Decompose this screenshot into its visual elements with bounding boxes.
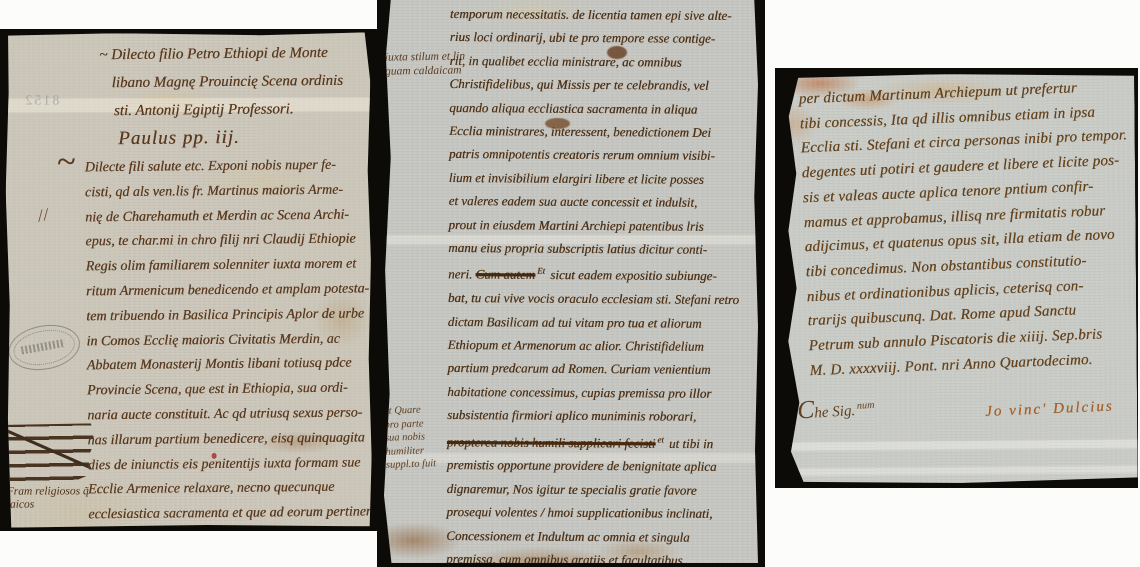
margin-note-line: suppl.to fuit <box>386 457 437 472</box>
left-margin-note: Fram religiosos q̃laicos <box>7 485 89 511</box>
manuscript-line: nię de Charehamuth et Merdin ac Scena Ar… <box>85 203 372 231</box>
manuscript-line: naria aucte constituit. Ac qd utriusq se… <box>87 401 372 429</box>
photo-left: 8152 // Fram religiosos q̃laicos ~ Dilec… <box>0 29 377 531</box>
manuscript-line: epus, te char.mi in chro filij nri Claud… <box>85 228 372 256</box>
manuscript-line: Provincie Scena, que est in Ethiopia, su… <box>87 377 372 405</box>
right-page: per dictum Martinum Archiepum ut prefert… <box>784 72 1138 484</box>
manuscript-line: neri. Cum autemEt sicut eadem expositio … <box>448 259 739 288</box>
manuscript-line: patris omnipotentis creatoris rerum omni… <box>449 142 740 167</box>
paraph-mark: ~ <box>61 152 78 174</box>
manuscript-line: bat, tu cui vive vocis oraculo ecclesiam… <box>448 286 739 311</box>
manuscript-line: quando aliqua eccliastica sacramenta in … <box>449 96 740 121</box>
manuscript-line: lium et invisibilium elargiri libere et … <box>449 166 740 191</box>
left-page-body: ~ Dilecte fili salute etc. Exponi nobis … <box>85 153 372 527</box>
manuscript-line: cisti, qd als ven.lis fr. Martinus maior… <box>85 178 372 206</box>
left-body-lines: Dilecte fili salute etc. Exponi nobis nu… <box>85 153 372 527</box>
photo-middle: iuxta stilum et linguam caldaicam et Qua… <box>377 0 765 567</box>
manuscript-line: subsistentia firmiori aplico muniminis r… <box>447 403 738 428</box>
manuscript-line: dies de iniunctis eis penitentijs iuxta … <box>88 451 372 479</box>
middle-page: iuxta stilum et linguam caldaicam et Qua… <box>384 0 758 563</box>
registration-mark-text: Che Sig. <box>797 403 856 423</box>
manuscript-line: Ecclia ministrares, interessent, benedic… <box>449 119 740 144</box>
registration-mark: Che Sig.num <box>796 391 877 426</box>
ink-stain <box>607 46 627 59</box>
margin-note-line: Fram religiosos q̃ <box>7 485 89 498</box>
manuscript-line: Abbatem Monasterij Montis libani totiusq… <box>87 352 372 380</box>
address-heading: ~ Dilecto filio Petro Ethiopi de Monteli… <box>99 39 344 154</box>
manuscript-line: temporum necessitatis. de licentia tamen… <box>450 2 741 27</box>
manuscript-line: rit, in qualibet ecclia ministrare, ac o… <box>450 49 741 74</box>
margin-note-line: laicos <box>7 498 89 511</box>
manuscript-line: dictam Basilicam ad tui vitam pro tua et… <box>448 310 739 335</box>
manuscript-line: rius loci ordinarij, ubi te pro tempore … <box>450 25 741 50</box>
manuscript-line: et valeres eadem sua aucte concessit et … <box>449 189 740 214</box>
manuscript-line: manu eius propria subscriptis latius dic… <box>448 236 739 261</box>
manuscript-line: libano Magnę Prouincię Scena ordinis <box>111 67 343 97</box>
archival-number-mirrored: 8152 <box>23 93 59 109</box>
manuscript-line: nas illarum partium benedicere, eisq qui… <box>87 426 371 454</box>
manuscript-line: ~ Dilecto filio Petro Ethiopi de Monte <box>99 39 343 70</box>
manuscript-line: tem tribuendo in Basilica Principis Aplo… <box>86 302 372 330</box>
manuscript-line: prout in eiusdem Martini Archiepi patent… <box>448 213 739 238</box>
manuscript-line: premissa, cum omnibus gratijs et faculta… <box>446 547 737 563</box>
manuscript-line: ritum Armenicum benedicendo et amplam po… <box>86 277 372 305</box>
manuscript-line: Dilecte fili salute etc. Exponi nobis nu… <box>85 153 372 181</box>
manuscript-line: Concessionem et Indultum ac omnia et sin… <box>446 524 737 549</box>
manuscript-line: habitatione concessimus, cupias premissa… <box>447 380 738 405</box>
manuscript-line: prosequi volentes / hmoi supplicationibu… <box>446 500 737 525</box>
manuscript-line: partium predcarum ad Romen. Curiam venie… <box>447 356 738 381</box>
ink-stain <box>545 118 570 129</box>
manuscript-line: dignaremur, Nos igitur te specialis grat… <box>447 477 738 502</box>
manuscript-line: Paulus pp. iij. <box>118 123 344 153</box>
crossed-out-marginal-note <box>7 423 95 487</box>
secretary-signature: Jo vinc' Dulcius <box>985 398 1114 421</box>
manuscript-line: Regis olim familiarem solenniter iuxta m… <box>86 253 372 281</box>
right-page-body: per dictum Martinum Archiepum ut prefert… <box>798 74 1136 383</box>
left-page: 8152 // Fram religiosos q̃laicos ~ Dilec… <box>5 32 372 527</box>
manuscript-line: Christifidelibus, qui Missis per te cele… <box>449 72 740 97</box>
manuscript-line: ecclesiastica sacramenta et que ad eorum… <box>88 500 372 527</box>
manuscript-composite: 8152 // Fram religiosos q̃laicos ~ Dilec… <box>0 0 1140 567</box>
manuscript-line: Ecclie Armenice relaxare, necno quecunqu… <box>88 476 372 504</box>
registration-mark-superscript: num <box>857 400 875 412</box>
red-ink-dot <box>212 453 217 459</box>
manuscript-line: in Comos Ecclię maioris Civitatis Merdin… <box>86 327 371 355</box>
manuscript-line: premistis opportune providere de benigni… <box>447 453 738 478</box>
margin-note-supplication: et Quarepro partesua nobishumilitersuppl… <box>384 403 436 472</box>
middle-page-body: temporum necessitatis. de licentia tamen… <box>446 2 741 563</box>
manuscript-line: Ethiopum et Armenorum ac alior. Christif… <box>448 333 739 358</box>
margin-slash-mark: // <box>36 205 51 227</box>
manuscript-line: sti. Antonij Egiptij Professori. <box>114 95 344 125</box>
photo-right: per dictum Martinum Archiepum ut prefert… <box>775 68 1138 488</box>
archive-stamp-icon <box>5 319 83 375</box>
manuscript-line: propterea nobis humili supplicari fecist… <box>447 427 738 456</box>
